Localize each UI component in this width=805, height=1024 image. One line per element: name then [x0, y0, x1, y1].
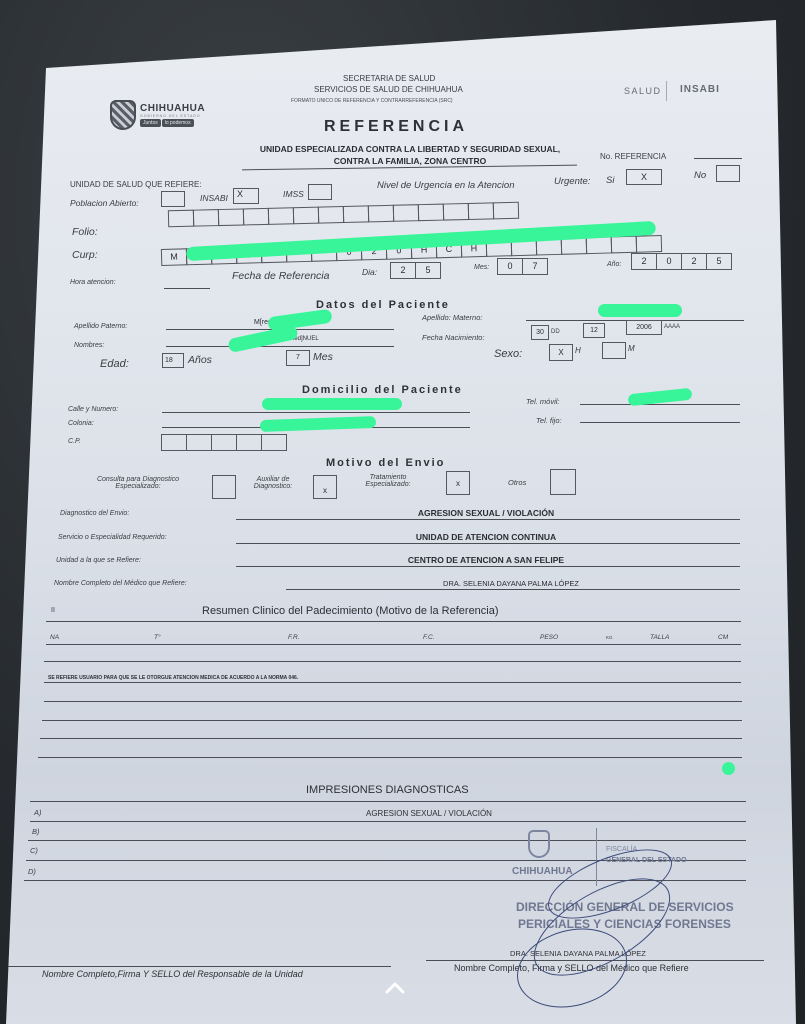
auxiliar-label-1: Auxiliar de	[244, 476, 302, 483]
apellido-paterno-label: Apellido Paterno:	[74, 323, 127, 330]
fecha-nacimiento-label: Fecha Nacimiento:	[422, 333, 485, 342]
fecha-nac-dd[interactable]: 30	[531, 325, 549, 340]
stamp-logo: CHIHUAHUA	[512, 866, 573, 877]
anios-label: Años	[188, 354, 212, 366]
folio-cell[interactable]	[293, 207, 319, 225]
auxiliar-label: Auxiliar de Diagnostico:	[244, 476, 302, 490]
fr-label: F.R.	[288, 634, 299, 641]
urgente-si-checkbox[interactable]: X	[626, 169, 662, 185]
folio-cell[interactable]	[418, 204, 444, 222]
cp-cell[interactable]	[236, 434, 262, 451]
calle-label: Calle y Numero:	[68, 406, 118, 413]
resumen-line[interactable]	[44, 682, 741, 683]
urgency-level-label: Nivel de Urgencia en la Atencion	[377, 180, 514, 191]
folio-label: Folio:	[72, 226, 98, 238]
logo-pill-1: Juntos	[140, 119, 161, 127]
folio-cell[interactable]	[243, 208, 269, 226]
referral-form-sheet: SECRETARIA DE SALUD SERVICIOS DE SALUD D…	[6, 20, 796, 1024]
medico-value: DRA. SELENIA DAYANA PALMA LÓPEZ	[286, 579, 736, 588]
folio-cell[interactable]	[193, 209, 219, 227]
cp-cell[interactable]	[186, 434, 212, 451]
dia-cell[interactable]: 5	[415, 262, 441, 279]
tel-movil-label: Tel. móvil:	[526, 397, 559, 406]
salud-logo: SALUD	[624, 86, 662, 96]
curp-label: Curp:	[72, 249, 98, 261]
vitals-underline	[46, 644, 741, 645]
consulta-label-1: Consulta para Diagnostico	[78, 476, 198, 483]
consulta-label: Consulta para Diagnostico Especializado:	[78, 476, 198, 490]
curp-cell[interactable]	[586, 236, 612, 254]
logo-pill-2: lo podemos	[162, 119, 194, 127]
tratamiento-checkbox[interactable]: x	[446, 471, 470, 495]
edad-label: Edad:	[100, 358, 129, 370]
anio-cells[interactable]: 2 0 2 5	[632, 253, 732, 270]
redaction-dot	[722, 762, 735, 775]
consulta-label-2: Especializado:	[78, 483, 198, 490]
curp-cell[interactable]	[611, 236, 637, 254]
sexo-h-checkbox[interactable]: X	[549, 344, 573, 361]
folio-cell[interactable]	[318, 206, 344, 224]
apellido-materno-label: Apellido: Materno:	[422, 313, 482, 322]
chevron-up-icon[interactable]	[383, 978, 407, 996]
cp-cell[interactable]	[211, 434, 237, 451]
resumen-line[interactable]	[42, 720, 742, 721]
impresion-a-label: A)	[34, 808, 42, 817]
hora-atencion-field[interactable]	[164, 288, 210, 289]
cp-label: C.P.	[68, 438, 81, 445]
mes-cell[interactable]: 0	[497, 258, 523, 275]
colonia-redaction	[260, 416, 376, 432]
dd-label: DD	[551, 329, 560, 335]
shield-icon	[110, 100, 136, 130]
diagnostico-label: Diagnostico del Envio:	[60, 510, 129, 517]
apellido-materno-redaction	[598, 304, 682, 317]
fecha-nac-mm[interactable]: 12	[583, 323, 605, 338]
poblacion-abierto-label: Poblacion Abierto:	[70, 198, 139, 208]
motivo-heading: Motivo del Envio	[326, 457, 445, 469]
no-referencia-label: No. REFERENCIA	[600, 152, 666, 161]
otros-label: Otros	[508, 478, 526, 487]
unit-value-line1: UNIDAD ESPECIALIZADA CONTRA LA LIBERTAD …	[240, 144, 580, 154]
servicio-underline	[236, 543, 740, 544]
urgente-no-checkbox[interactable]	[716, 165, 740, 182]
logo-text: CHIHUAHUA	[140, 103, 205, 114]
stamp-shield-icon	[528, 830, 550, 858]
anio-cell[interactable]: 0	[656, 253, 682, 270]
resumen-heading: Resumen Clinico del Padecimiento (Motivo…	[202, 605, 499, 617]
insabi-checkbox[interactable]: X	[233, 188, 259, 204]
sexo-m-checkbox[interactable]	[602, 342, 626, 359]
fc-label: F.C.	[423, 634, 434, 641]
folio-cell[interactable]	[168, 210, 194, 228]
folio-cell[interactable]	[218, 208, 244, 226]
h-label: H	[575, 346, 581, 355]
folio-cell[interactable]	[343, 205, 369, 223]
logo-subtext: GOBIERNO DEL ESTADO	[140, 114, 205, 118]
mes-label: Mes:	[474, 264, 489, 271]
resumen-heading-underline	[46, 621, 741, 622]
dia-cells[interactable]: 2 5	[391, 262, 441, 279]
imss-label: IMSS	[283, 189, 304, 199]
sexo-label: Sexo:	[494, 348, 522, 360]
temp-label: T°	[154, 634, 161, 641]
mes-cells[interactable]: 0 7	[498, 258, 548, 275]
calle-underline	[162, 412, 470, 413]
auxiliar-checkbox[interactable]: x	[313, 475, 337, 499]
hora-atencion-label: Hora atencion:	[70, 279, 116, 286]
domicilio-heading: Domicilio del Paciente	[302, 384, 463, 396]
nombres-label: Nombres:	[74, 342, 104, 349]
diagnostico-value: AGRESION SEXUAL / VIOLACIÓN	[236, 508, 736, 518]
edad-meses-field[interactable]: 7	[286, 350, 310, 366]
no-label: No	[694, 170, 706, 181]
folio-cell[interactable]	[468, 202, 494, 220]
impresion-c-label: C)	[30, 846, 38, 855]
left-signature-label: Nombre Completo,Firma Y SELLO del Respon…	[42, 969, 303, 979]
colonia-label: Colonia:	[68, 420, 94, 427]
resumen-line[interactable]	[38, 757, 742, 758]
kg-label: KG	[606, 635, 613, 640]
impresion-b-line[interactable]	[28, 840, 746, 841]
impresion-b-label: B)	[32, 827, 40, 836]
consulta-checkbox[interactable]	[212, 475, 236, 499]
imss-checkbox[interactable]	[308, 184, 332, 200]
peso-label: PESO	[540, 634, 558, 641]
unidad-refiere-value: CENTRO DE ATENCION A SAN FELIPE	[236, 555, 736, 565]
folio-cell[interactable]	[443, 203, 469, 221]
folio-cell[interactable]	[268, 207, 294, 225]
resumen-text: SE REFIERE USUARIO PARA QUE SE LE OTORGU…	[48, 675, 298, 681]
unidad-refiere-underline	[236, 566, 740, 567]
folio-cell[interactable]	[368, 205, 394, 223]
impresion-a-line[interactable]	[30, 821, 746, 822]
chihuahua-logo: CHIHUAHUA GOBIERNO DEL ESTADO Juntos lo …	[110, 100, 205, 130]
cp-cells[interactable]	[162, 434, 287, 451]
unidad-refiere-label: Unidad a la que se Refiere:	[56, 557, 141, 564]
auxiliar-label-2: Diagnostico:	[244, 483, 302, 490]
si-label: Si	[606, 175, 614, 186]
otros-checkbox[interactable]	[550, 469, 576, 495]
section-roman-numeral: II	[51, 607, 55, 614]
folio-cell[interactable]	[493, 202, 519, 220]
m-label: M	[628, 344, 635, 353]
curp-cell[interactable]	[636, 235, 662, 253]
dia-cell[interactable]: 2	[390, 262, 416, 279]
insabi-logo: INSABI	[680, 84, 720, 95]
anio-cell[interactable]: 2	[681, 253, 707, 270]
impresiones-heading-underline	[30, 801, 746, 802]
ta-label: NA	[50, 634, 59, 641]
fecha-referencia-label: Fecha de Referencia	[232, 270, 329, 282]
insabi-label: INSABI	[200, 193, 228, 203]
calle-redaction	[262, 398, 402, 410]
diagnostico-underline	[236, 519, 740, 520]
tel-fijo-label: Tel. fijo:	[536, 416, 562, 425]
tel-fijo-field[interactable]	[580, 422, 740, 423]
cp-cell[interactable]	[161, 434, 187, 451]
aaaa-label: AAAA	[664, 324, 680, 330]
datos-paciente-heading: Datos del Paciente	[316, 299, 450, 311]
left-signature-line	[6, 966, 391, 967]
curp-cell[interactable]: M	[161, 248, 187, 266]
unit-label: UNIDAD DE SALUD QUE REFIERE:	[70, 180, 202, 189]
tratamiento-label-1: Tratamiento	[352, 474, 424, 481]
mes-suffix-label: Mes	[313, 351, 333, 363]
tratamiento-label-2: Especializado:	[352, 481, 424, 488]
page-title: REFERENCIA	[324, 118, 468, 136]
medico-underline	[286, 589, 740, 590]
impresion-d-label: D)	[28, 867, 36, 876]
cp-cell[interactable]	[261, 434, 287, 451]
resumen-line[interactable]	[44, 701, 742, 702]
urgente-label: Urgente:	[554, 176, 590, 187]
edad-anios-field[interactable]: 18	[162, 353, 184, 368]
header-line3: FORMATO UNICO DE REFERENCIA Y CONTRARREF…	[291, 98, 453, 104]
folio-cells[interactable]	[169, 202, 519, 228]
servicio-value: UNIDAD DE ATENCION CONTINUA	[236, 532, 736, 542]
nombres-underline	[166, 346, 394, 347]
tel-movil-underline	[580, 404, 740, 405]
resumen-line[interactable]	[40, 738, 742, 739]
cm-label: CM	[718, 634, 728, 641]
fecha-nac-aaaa[interactable]: 2006	[626, 320, 662, 335]
mes-cell[interactable]: 7	[522, 258, 548, 275]
no-referencia-field[interactable]	[694, 158, 742, 159]
resumen-line[interactable]	[44, 661, 741, 662]
anio-label: Año:	[607, 261, 621, 268]
impresion-a-value: AGRESION SEXUAL / VIOLACIÓN	[366, 809, 492, 818]
dia-label: Dia:	[362, 267, 377, 277]
medico-label: Nombre Completo del Médico que Refiere:	[54, 580, 187, 587]
folio-cell[interactable]	[393, 204, 419, 222]
logo-divider	[666, 81, 667, 101]
header-line2: SERVICIOS DE SALUD DE CHIHUAHUA	[314, 85, 463, 94]
anio-cell[interactable]: 2	[631, 253, 657, 270]
poblacion-abierto-checkbox[interactable]	[161, 191, 185, 207]
impresiones-heading: IMPRESIONES DIAGNOSTICAS	[306, 784, 469, 796]
tratamiento-label: Tratamiento Especializado:	[352, 474, 424, 488]
header-line1: SECRETARIA DE SALUD	[343, 74, 435, 83]
servicio-label: Servicio o Especialidad Requerido:	[58, 534, 167, 541]
anio-cell[interactable]: 5	[706, 253, 732, 270]
talla-label: TALLA	[650, 634, 669, 641]
